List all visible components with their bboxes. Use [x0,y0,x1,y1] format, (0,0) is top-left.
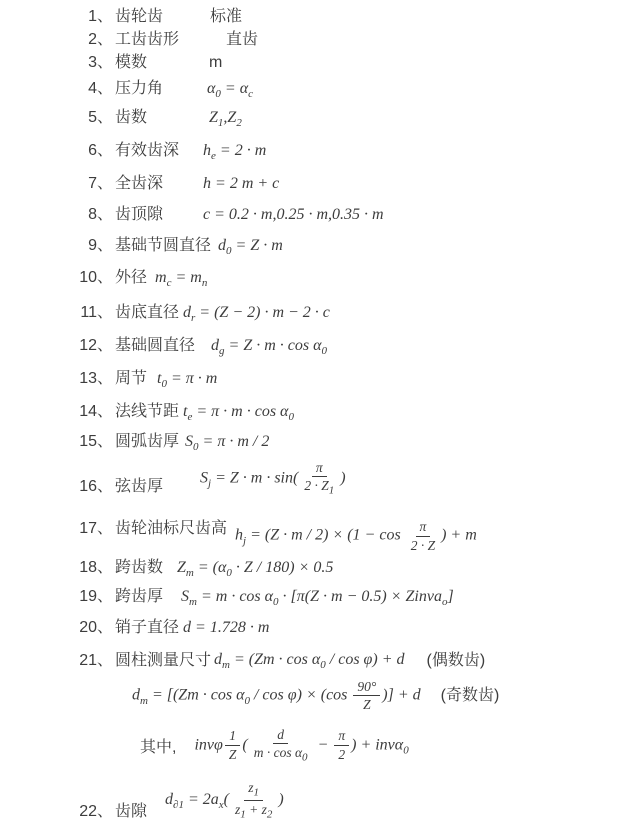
item-label: 法线节距 [113,402,179,422]
row-item-14: 14、 法线节距 te = π · m · cos α0 [0,401,637,423]
item-label: 齿底直径 [113,303,179,323]
item-number: 7、 [0,174,113,194]
fraction: π2 [334,728,349,762]
item-note: (奇数齿) [441,686,500,706]
item-label: 跨齿厚 [113,587,163,607]
row-item-17: 17、 齿轮油标尺齿高 hj = (Z · m / 2) × (1 − cos … [0,519,637,553]
item-number: 1、 [0,7,113,27]
fraction-denominator: 2 [334,746,349,763]
item-formula: Z1,Z2 [209,107,242,129]
item-number: 19、 [0,587,113,607]
fraction-denominator: 2 · Z1 [300,477,338,497]
row-item-3: 3、 模数 m [0,53,637,73]
row-item-21-odd: dm = [(Zm · cos α0 / cos φ) × (cos 90°Z)… [0,679,637,713]
item-number: 16、 [0,477,113,497]
row-item-21-where: 其中, invφ1Z(dm · cos α0 − π2) + invα0 [0,727,637,764]
row-item-12: 12、 基础圆直径 dg = Z · m · cos α0 [0,335,637,357]
row-item-1: 1、 齿轮齿 标准 [0,7,637,27]
item-formula: mc = mn [155,267,207,289]
item-label: 周节 [113,369,147,389]
row-item-10: 10、 外径 mc = mn [0,267,637,289]
item-label: 其中, [138,738,176,758]
item-number: 14、 [0,402,113,422]
item-number: 15、 [0,432,113,452]
item-number: 17、 [0,519,113,539]
item-number: 6、 [0,141,113,161]
row-item-18: 18、 跨齿数 Zm = (α0 · Z / 180) × 0.5 [0,557,637,579]
item-formula: dm = (Zm · cos α0 / cos φ) + d [214,649,405,671]
item-label: 弦齿厚 [113,477,163,497]
fraction-numerator: 1 [225,728,240,746]
item-formula: Sm = m · cos α0 · [π(Z · m − 0.5) × Zinv… [181,586,454,608]
item-label: 齿轮齿 [113,7,163,27]
row-item-20: 20、 销子直径 d = 1.728 · m [0,617,637,639]
fraction-numerator: π [416,519,431,537]
item-formula: te = π · m · cos α0 [183,401,294,423]
item-number: 10、 [0,268,113,288]
item-label: 圆柱测量尺寸 [113,651,211,671]
item-label: 全齿深 [113,174,163,194]
row-item-6: 6、 有效齿深 he = 2 · m [0,140,637,162]
fraction-denominator: z1 + z2 [231,801,276,821]
item-formula: S0 = π · m / 2 [185,431,269,453]
item-formula: d∂1 = 2ax(z1z1 + z2) [165,780,284,820]
row-item-8: 8、 齿顶隙 c = 0.2 · m,0.25 · m,0.35 · m [0,204,637,226]
item-number: 9、 [0,236,113,256]
item-formula: d = 1.728 · m [183,617,269,639]
item-number: 3、 [0,53,113,73]
item-note: (偶数齿) [427,651,486,671]
item-formula: dg = Z · m · cos α0 [211,335,327,357]
document-page: 1、 齿轮齿 标准 2、 工齿齿形 直齿 3、 模数 m 4、 压力角 α0 =… [0,7,637,833]
item-number: 13、 [0,369,113,389]
fraction: 1Z [225,728,241,762]
fraction: π2 · Z1 [300,460,338,497]
row-item-15: 15、 圆弧齿厚 S0 = π · m / 2 [0,431,637,453]
fraction-denominator: 2 · Z [407,537,439,554]
item-label: 齿隙 [113,802,147,822]
item-number: 5、 [0,108,113,128]
item-label: 基础圆直径 [113,336,195,356]
item-formula: d0 = Z · m [218,235,283,257]
item-label: 销子直径 [113,618,179,638]
item-number: 11、 [0,303,113,323]
row-item-4: 4、 压力角 α0 = αc [0,78,637,100]
row-item-9: 9、 基础节圆直径 d0 = Z · m [0,235,637,257]
item-label: 有效齿深 [113,141,179,161]
item-number: 12、 [0,336,113,356]
item-number: 18、 [0,558,113,578]
fraction: z1z1 + z2 [231,780,276,820]
item-label: 齿数 [113,108,147,128]
item-number: 2、 [0,30,113,50]
item-formula: 标准 [210,7,242,27]
fraction-numerator: z1 [244,780,263,801]
row-item-11: 11、 齿底直径 dr = (Z − 2) · m − 2 · c [0,302,637,324]
item-label: 工齿齿形 [113,30,179,50]
row-item-19: 19、 跨齿厚 Sm = m · cos α0 · [π(Z · m − 0.5… [0,586,637,608]
row-item-5: 5、 齿数 Z1,Z2 [0,107,637,129]
fraction: 90°Z [353,679,380,713]
row-item-7: 7、 全齿深 h = 2 m + c [0,173,637,195]
item-number: 22、 [0,802,113,822]
fraction-denominator: m · cos α0 [250,744,312,764]
item-formula: Zm = (α0 · Z / 180) × 0.5 [177,557,333,579]
item-formula: h = 2 m + c [203,173,279,195]
item-formula: m [209,53,222,73]
item-number: 21、 [0,651,113,671]
item-label: 齿顶隙 [113,205,163,225]
item-formula: dm = [(Zm · cos α0 / cos φ) × (cos 90°Z)… [132,679,421,713]
item-formula: Sj = Z · m · sin(π2 · Z1) [200,460,346,497]
item-formula: he = 2 · m [203,140,266,162]
fraction: dm · cos α0 [250,727,312,764]
item-label: 圆弧齿厚 [113,432,179,452]
item-label: 基础节圆直径 [113,236,211,256]
item-number: 20、 [0,618,113,638]
item-formula: 直齿 [226,30,258,50]
item-formula: hj = (Z · m / 2) × (1 − cos π2 · Z) + m [235,519,477,553]
fraction-numerator: d [273,727,288,745]
item-formula: invφ1Z(dm · cos α0 − π2) + invα0 [194,727,408,764]
item-formula: t0 = π · m [157,368,217,390]
item-formula: c = 0.2 · m,0.25 · m,0.35 · m [203,204,384,226]
row-item-21: 21、 圆柱测量尺寸 dm = (Zm · cos α0 / cos φ) + … [0,649,637,671]
fraction-denominator: Z [225,746,241,763]
row-item-13: 13、 周节 t0 = π · m [0,368,637,390]
fraction-numerator: π [312,460,327,478]
fraction-denominator: Z [359,696,375,713]
item-number: 4、 [0,79,113,99]
row-item-16: 16、 弦齿厚 Sj = Z · m · sin(π2 · Z1) [0,460,637,497]
item-formula: α0 = αc [207,78,253,100]
fraction-numerator: π [334,728,349,746]
row-item-22: 22、 齿隙 d∂1 = 2ax(z1z1 + z2) [0,780,637,822]
fraction: π2 · Z [407,519,439,553]
item-label: 齿轮油标尺齿高 [113,519,227,539]
row-item-2: 2、 工齿齿形 直齿 [0,30,637,50]
item-number: 8、 [0,205,113,225]
item-formula: dr = (Z − 2) · m − 2 · c [183,302,330,324]
item-label: 跨齿数 [113,558,163,578]
item-label: 模数 [113,53,147,73]
item-label: 压力角 [113,79,163,99]
fraction-numerator: 90° [353,679,380,697]
item-label: 外径 [113,268,147,288]
